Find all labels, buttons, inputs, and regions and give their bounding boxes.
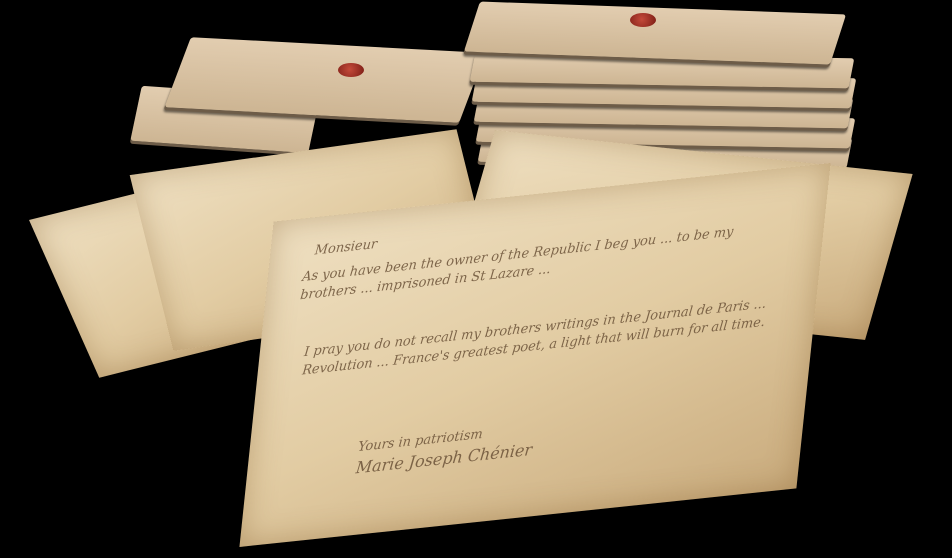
wax-seal-icon <box>630 13 656 27</box>
letter-salutation: Monsieur <box>314 236 378 261</box>
wax-seal-icon <box>338 63 364 77</box>
letters-scene: Monsieur As you have been the owner of t… <box>0 0 952 558</box>
letter-front: Monsieur As you have been the owner of t… <box>239 163 830 547</box>
letter-paragraph-2: I pray you do not recall my brothers wri… <box>301 295 772 381</box>
letter-paragraph-1: As you have been the owner of the Republ… <box>299 221 760 306</box>
